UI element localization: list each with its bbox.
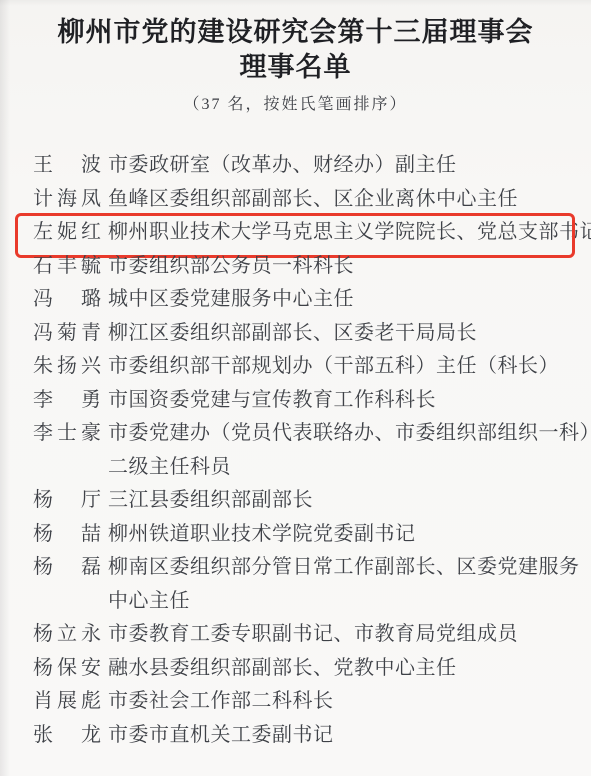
member-position: 市委教育工委专职副书记、市教育局党组成员 bbox=[108, 618, 518, 652]
member-position: 鱼峰区委组织部副部长、区企业离休中心主任 bbox=[108, 183, 518, 217]
member-row: 杨喆 柳州铁道职业技术学院党委副书记 bbox=[0, 518, 591, 552]
member-name: 李勇 bbox=[33, 384, 101, 418]
member-name: 左妮红 bbox=[33, 216, 101, 250]
position-line: 柳江区委组织部副部长、区委老干局局长 bbox=[108, 317, 477, 351]
position-line: 市委社会工作部二科科长 bbox=[108, 685, 334, 719]
member-name: 杨厅 bbox=[33, 484, 101, 518]
member-row: 李士豪 市委党建办（党员代表联络办、市委组织部组织一科）二级主任科员 bbox=[0, 417, 591, 484]
member-row: 杨厅 三江县委组织部副部长 bbox=[0, 484, 591, 518]
member-row: 张龙 市委市直机关工委副书记 bbox=[0, 719, 591, 753]
document-subtitle: （37 名，按姓氏笔画排序） bbox=[0, 94, 591, 115]
member-position: 柳江区委组织部副部长、区委老干局局长 bbox=[108, 317, 477, 351]
member-position: 市委政研室（改革办、财经办）副主任 bbox=[108, 149, 457, 183]
member-name: 李士豪 bbox=[33, 417, 101, 451]
position-line: 三江县委组织部副部长 bbox=[108, 484, 313, 518]
member-name: 冯菊青 bbox=[33, 317, 101, 351]
member-position: 柳州铁道职业技术学院党委副书记 bbox=[108, 518, 416, 552]
member-name: 杨保安 bbox=[33, 652, 101, 686]
position-line: 柳州铁道职业技术学院党委副书记 bbox=[108, 518, 416, 552]
member-name: 杨立永 bbox=[33, 618, 101, 652]
position-line: 市委政研室（改革办、财经办）副主任 bbox=[108, 149, 457, 183]
member-position: 柳南区委组织部分管日常工作副部长、区委党建服务中心主任 bbox=[108, 551, 580, 618]
position-line: 柳南区委组织部分管日常工作副部长、区委党建服务 bbox=[108, 551, 580, 585]
document-title-line1: 柳州市党的建设研究会第十三届理事会 bbox=[0, 15, 591, 50]
member-row: 杨磊 柳南区委组织部分管日常工作副部长、区委党建服务中心主任 bbox=[0, 551, 591, 618]
member-position: 市国资委党建与宣传教育工作科科长 bbox=[108, 384, 436, 418]
position-line: 市国资委党建与宣传教育工作科科长 bbox=[108, 384, 436, 418]
member-position: 融水县委组织部副部长、党教中心主任 bbox=[108, 652, 457, 686]
position-line: 市委组织部公务员一科科长 bbox=[108, 250, 354, 284]
member-list: 王波 市委政研室（改革办、财经办）副主任 计海凤 鱼峰区委组织部副部长、区企业离… bbox=[0, 149, 591, 752]
member-row: 朱扬兴 市委组织部干部规划办（干部五科）主任（科长） bbox=[0, 350, 591, 384]
member-name: 杨喆 bbox=[33, 518, 101, 552]
member-name: 王波 bbox=[33, 149, 101, 183]
position-line: 柳州职业技术大学马克思主义学院院长、党总支部书记 bbox=[108, 216, 591, 250]
member-row: 王波 市委政研室（改革办、财经办）副主任 bbox=[0, 149, 591, 183]
member-position: 市委市直机关工委副书记 bbox=[108, 719, 334, 753]
member-row: 计海凤 鱼峰区委组织部副部长、区企业离休中心主任 bbox=[0, 183, 591, 217]
member-row: 李勇 市国资委党建与宣传教育工作科科长 bbox=[0, 384, 591, 418]
member-position: 三江县委组织部副部长 bbox=[108, 484, 313, 518]
member-position: 城中区委党建服务中心主任 bbox=[108, 283, 354, 317]
position-line: 市委市直机关工委副书记 bbox=[108, 719, 334, 753]
member-row: 左妮红 柳州职业技术大学马克思主义学院院长、党总支部书记 bbox=[0, 216, 591, 250]
member-name: 石丰毓 bbox=[33, 250, 101, 284]
document-title: 柳州市党的建设研究会第十三届理事会 理事名单 bbox=[0, 0, 591, 85]
member-position: 市委组织部公务员一科科长 bbox=[108, 250, 354, 284]
member-position: 柳州职业技术大学马克思主义学院院长、党总支部书记 bbox=[108, 216, 591, 250]
position-line: 市委党建办（党员代表联络办、市委组织部组织一科） bbox=[108, 417, 591, 451]
member-row: 冯菊青 柳江区委组织部副部长、区委老干局局长 bbox=[0, 317, 591, 351]
position-line: 市委组织部干部规划办（干部五科）主任（科长） bbox=[108, 350, 559, 384]
member-name: 冯璐 bbox=[33, 283, 101, 317]
document-title-line2: 理事名单 bbox=[0, 50, 591, 85]
member-row: 杨立永 市委教育工委专职副书记、市教育局党组成员 bbox=[0, 618, 591, 652]
member-name: 朱扬兴 bbox=[33, 350, 101, 384]
scanned-document-page: 柳州市党的建设研究会第十三届理事会 理事名单 （37 名，按姓氏笔画排序） 王波… bbox=[0, 0, 591, 776]
member-name: 计海凤 bbox=[33, 183, 101, 217]
position-line: 二级主任科员 bbox=[108, 451, 591, 485]
member-row: 石丰毓 市委组织部公务员一科科长 bbox=[0, 250, 591, 284]
position-line: 中心主任 bbox=[108, 585, 580, 619]
position-line: 融水县委组织部副部长、党教中心主任 bbox=[108, 652, 457, 686]
position-line: 城中区委党建服务中心主任 bbox=[108, 283, 354, 317]
member-row: 冯璐 城中区委党建服务中心主任 bbox=[0, 283, 591, 317]
member-position: 市委组织部干部规划办（干部五科）主任（科长） bbox=[108, 350, 559, 384]
member-name: 肖展彪 bbox=[33, 685, 101, 719]
member-row: 杨保安 融水县委组织部副部长、党教中心主任 bbox=[0, 652, 591, 686]
member-name: 张龙 bbox=[33, 719, 101, 753]
position-line: 鱼峰区委组织部副部长、区企业离休中心主任 bbox=[108, 183, 518, 217]
member-position: 市委社会工作部二科科长 bbox=[108, 685, 334, 719]
member-row: 肖展彪 市委社会工作部二科科长 bbox=[0, 685, 591, 719]
member-name: 杨磊 bbox=[33, 551, 101, 585]
member-position: 市委党建办（党员代表联络办、市委组织部组织一科）二级主任科员 bbox=[108, 417, 591, 484]
position-line: 市委教育工委专职副书记、市教育局党组成员 bbox=[108, 618, 518, 652]
